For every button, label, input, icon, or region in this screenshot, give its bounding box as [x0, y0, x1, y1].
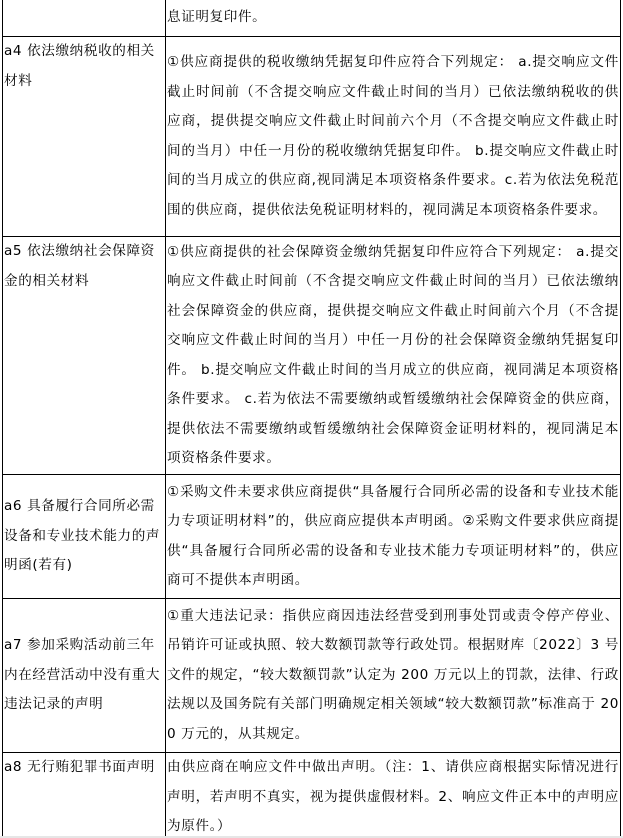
row-content: ①供应商提供的社会保障资金缴纳凭据复印件应符合下列规定： a.提交响应文件截止时… [166, 237, 621, 475]
row-label: a4 依法缴纳税收的相关材料 [3, 37, 166, 237]
row-label [3, 0, 166, 37]
row-label: a5 依法缴纳社会保障资金的相关材料 [3, 237, 166, 475]
table-row: a8 无行贿犯罪书面声明 由供应商在响应文件中做出声明。（注：1、请供应商根据实… [3, 753, 621, 838]
row-content: ①重大违法记录：指供应商因违法经营受到刑事处罚或责令停产停业、吊销许可证或执照、… [166, 599, 621, 753]
table-row: a7 参加采购活动前三年内在经营活动中没有重大违法记录的声明 ①重大违法记录：指… [3, 599, 621, 753]
row-content: 息证明复印件。 [166, 0, 621, 37]
table-row: 息证明复印件。 [3, 0, 621, 37]
row-label: a8 无行贿犯罪书面声明 [3, 753, 166, 838]
table-row: a4 依法缴纳税收的相关材料 ①供应商提供的税收缴纳凭据复印件应符合下列规定： … [3, 37, 621, 237]
row-content: ①供应商提供的税收缴纳凭据复印件应符合下列规定： a.提交响应文件截止时间前（不… [166, 37, 621, 237]
table-row: a5 依法缴纳社会保障资金的相关材料 ①供应商提供的社会保障资金缴纳凭据复印件应… [3, 237, 621, 475]
row-content: ①采购文件未要求供应商提供“具备履行合同所必需的设备和专业技术能力专项证明材料”… [166, 475, 621, 599]
row-content: 由供应商在响应文件中做出声明。（注：1、请供应商根据实际情况进行声明，若声明不真… [166, 753, 621, 838]
row-label: a7 参加采购活动前三年内在经营活动中没有重大违法记录的声明 [3, 599, 166, 753]
row-label: a6 具备履行合同所必需设备和专业技术能力的声明函(若有) [3, 475, 166, 599]
qualification-requirements-table: 息证明复印件。 a4 依法缴纳税收的相关材料 ①供应商提供的税收缴纳凭据复印件应… [2, 0, 621, 838]
table-row: a6 具备履行合同所必需设备和专业技术能力的声明函(若有) ①采购文件未要求供应… [3, 475, 621, 599]
